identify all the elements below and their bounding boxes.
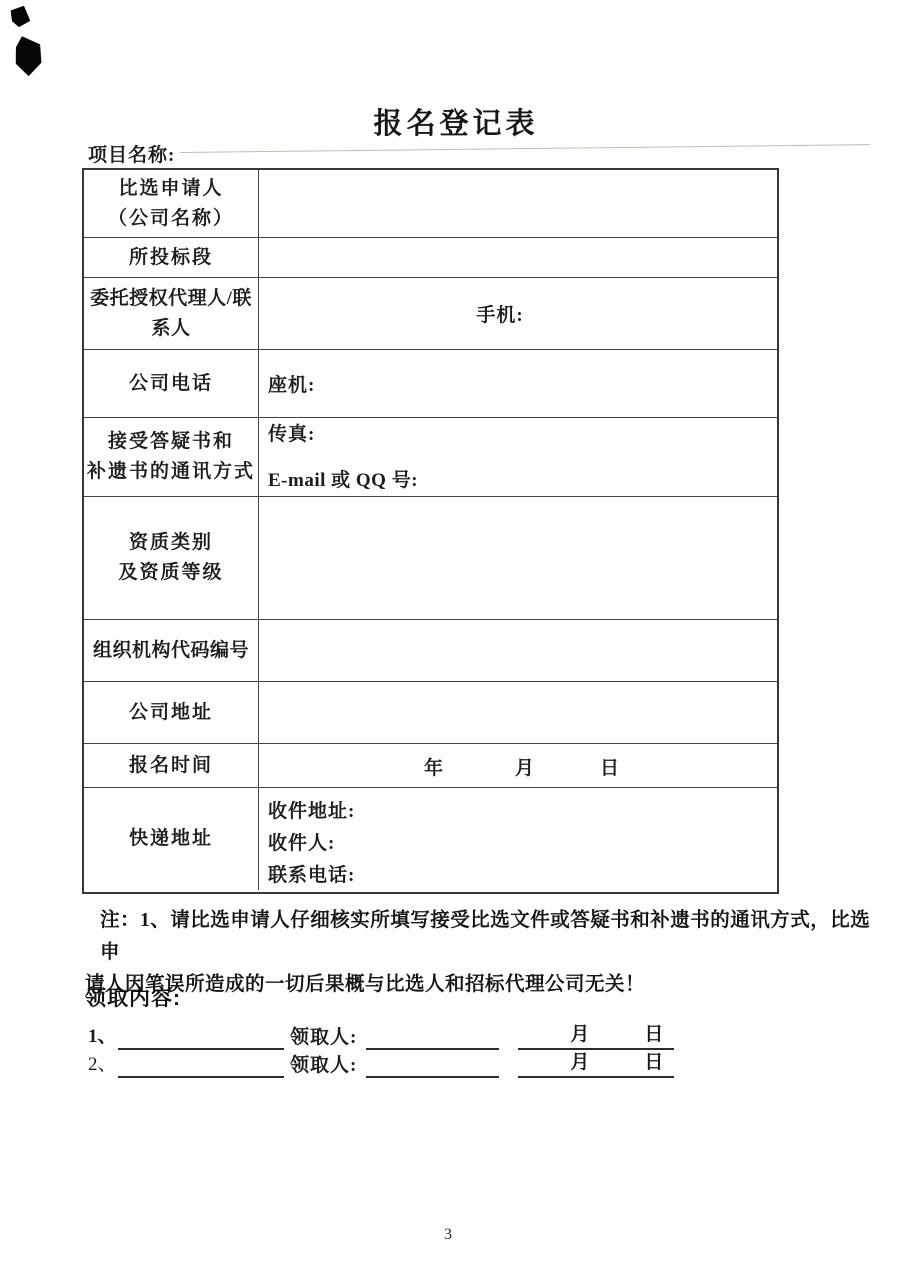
row-value-applicant — [259, 170, 777, 238]
month-day-blank: 月 日 — [518, 1024, 674, 1050]
month-label: 月 — [570, 1023, 589, 1047]
month-label: 月 — [515, 753, 535, 780]
note-paragraph: 注：1、请比选申请人仔细核实所填写接受比选文件或答疑书和补遗书的通讯方式，比选申… — [85, 905, 880, 1001]
project-name-label: 项目名称: — [88, 140, 175, 167]
row-label-bid-section: 所投标段 — [84, 238, 259, 278]
day-label: 日 — [644, 1023, 663, 1047]
contact-phone-label: 联系电话: — [268, 860, 777, 892]
mobile-label: 手机: — [476, 300, 523, 327]
day-label: 日 — [644, 1051, 663, 1075]
item-number: 2、 — [88, 1052, 118, 1078]
row-label-contact-method: 接受答疑书和 补遗书的通讯方式 — [84, 418, 259, 497]
row-value-company-address — [259, 682, 777, 744]
email-qq-label: E-mail 或 QQ 号: — [268, 465, 777, 492]
row-value-company-phone: 座机: — [259, 350, 777, 418]
row-value-bid-section — [259, 238, 777, 278]
day-label: 日 — [600, 753, 620, 780]
row-label-registration-date: 报名时间 — [84, 744, 259, 788]
row-value-qualification — [259, 497, 777, 620]
recipient-address-label: 收件地址: — [268, 796, 777, 828]
row-label-org-code: 组织机构代码编号 — [84, 620, 259, 682]
receiver-label: 领取人: — [290, 1024, 357, 1050]
fill-in-blank — [118, 1052, 284, 1078]
page-number: 3 — [0, 1226, 896, 1244]
registration-table: 比选申请人 （公司名称） 所投标段 委托授权代理人/联 系人 手机: 公司电话 … — [82, 168, 779, 894]
pickup-line-1: 1、 领取人: 月 日 — [88, 1024, 674, 1050]
scanned-form-page: 报名登记表 项目名称: 比选申请人 （公司名称） 所投标段 委托授权代理人/联 … — [0, 0, 900, 1272]
month-day-blank: 月 日 — [518, 1052, 674, 1078]
form-title: 报名登记表 — [0, 101, 900, 142]
pickup-line-2: 2、 领取人: 月 日 — [88, 1052, 674, 1078]
row-value-contact-method: 传真: E-mail 或 QQ 号: — [259, 418, 777, 497]
row-label-authorized-agent: 委托授权代理人/联 系人 — [84, 278, 259, 350]
gap — [499, 1024, 518, 1050]
row-value-org-code — [259, 620, 777, 682]
row-value-registration-date: 年 月 日 — [259, 744, 777, 788]
fill-in-blank — [366, 1052, 499, 1078]
recipient-label: 收件人: — [268, 828, 777, 860]
month-label: 月 — [570, 1051, 589, 1075]
note-line-1: 注：1、请比选申请人仔细核实所填写接受比选文件或答疑书和补遗书的通讯方式，比选申 — [85, 905, 880, 969]
ink-blot-mark — [10, 5, 30, 27]
gap — [499, 1052, 518, 1078]
landline-label: 座机: — [268, 370, 315, 397]
fill-in-blank — [118, 1024, 284, 1050]
fax-label: 传真: — [268, 422, 777, 448]
row-label-courier-address: 快递地址 — [84, 788, 259, 890]
year-label: 年 — [424, 753, 444, 780]
item-number: 1、 — [88, 1024, 118, 1050]
fill-in-blank — [366, 1024, 499, 1050]
row-value-courier-address: 收件地址: 收件人: 联系电话: — [259, 788, 777, 890]
receiver-label: 领取人: — [290, 1052, 357, 1078]
row-label-applicant: 比选申请人 （公司名称） — [84, 170, 259, 238]
row-label-company-phone: 公司电话 — [84, 350, 259, 418]
row-label-qualification: 资质类别 及资质等级 — [84, 497, 259, 620]
row-label-company-address: 公司地址 — [84, 682, 259, 744]
project-name-fill-line — [180, 144, 870, 153]
pickup-content-heading: 领取内容: — [85, 982, 181, 1012]
note-line-2: 请人因笔误所造成的一切后果概与比选人和招标代理公司无关！ — [85, 969, 880, 1001]
row-value-authorized-agent: 手机: — [259, 278, 777, 350]
ink-blot-mark — [13, 36, 44, 78]
